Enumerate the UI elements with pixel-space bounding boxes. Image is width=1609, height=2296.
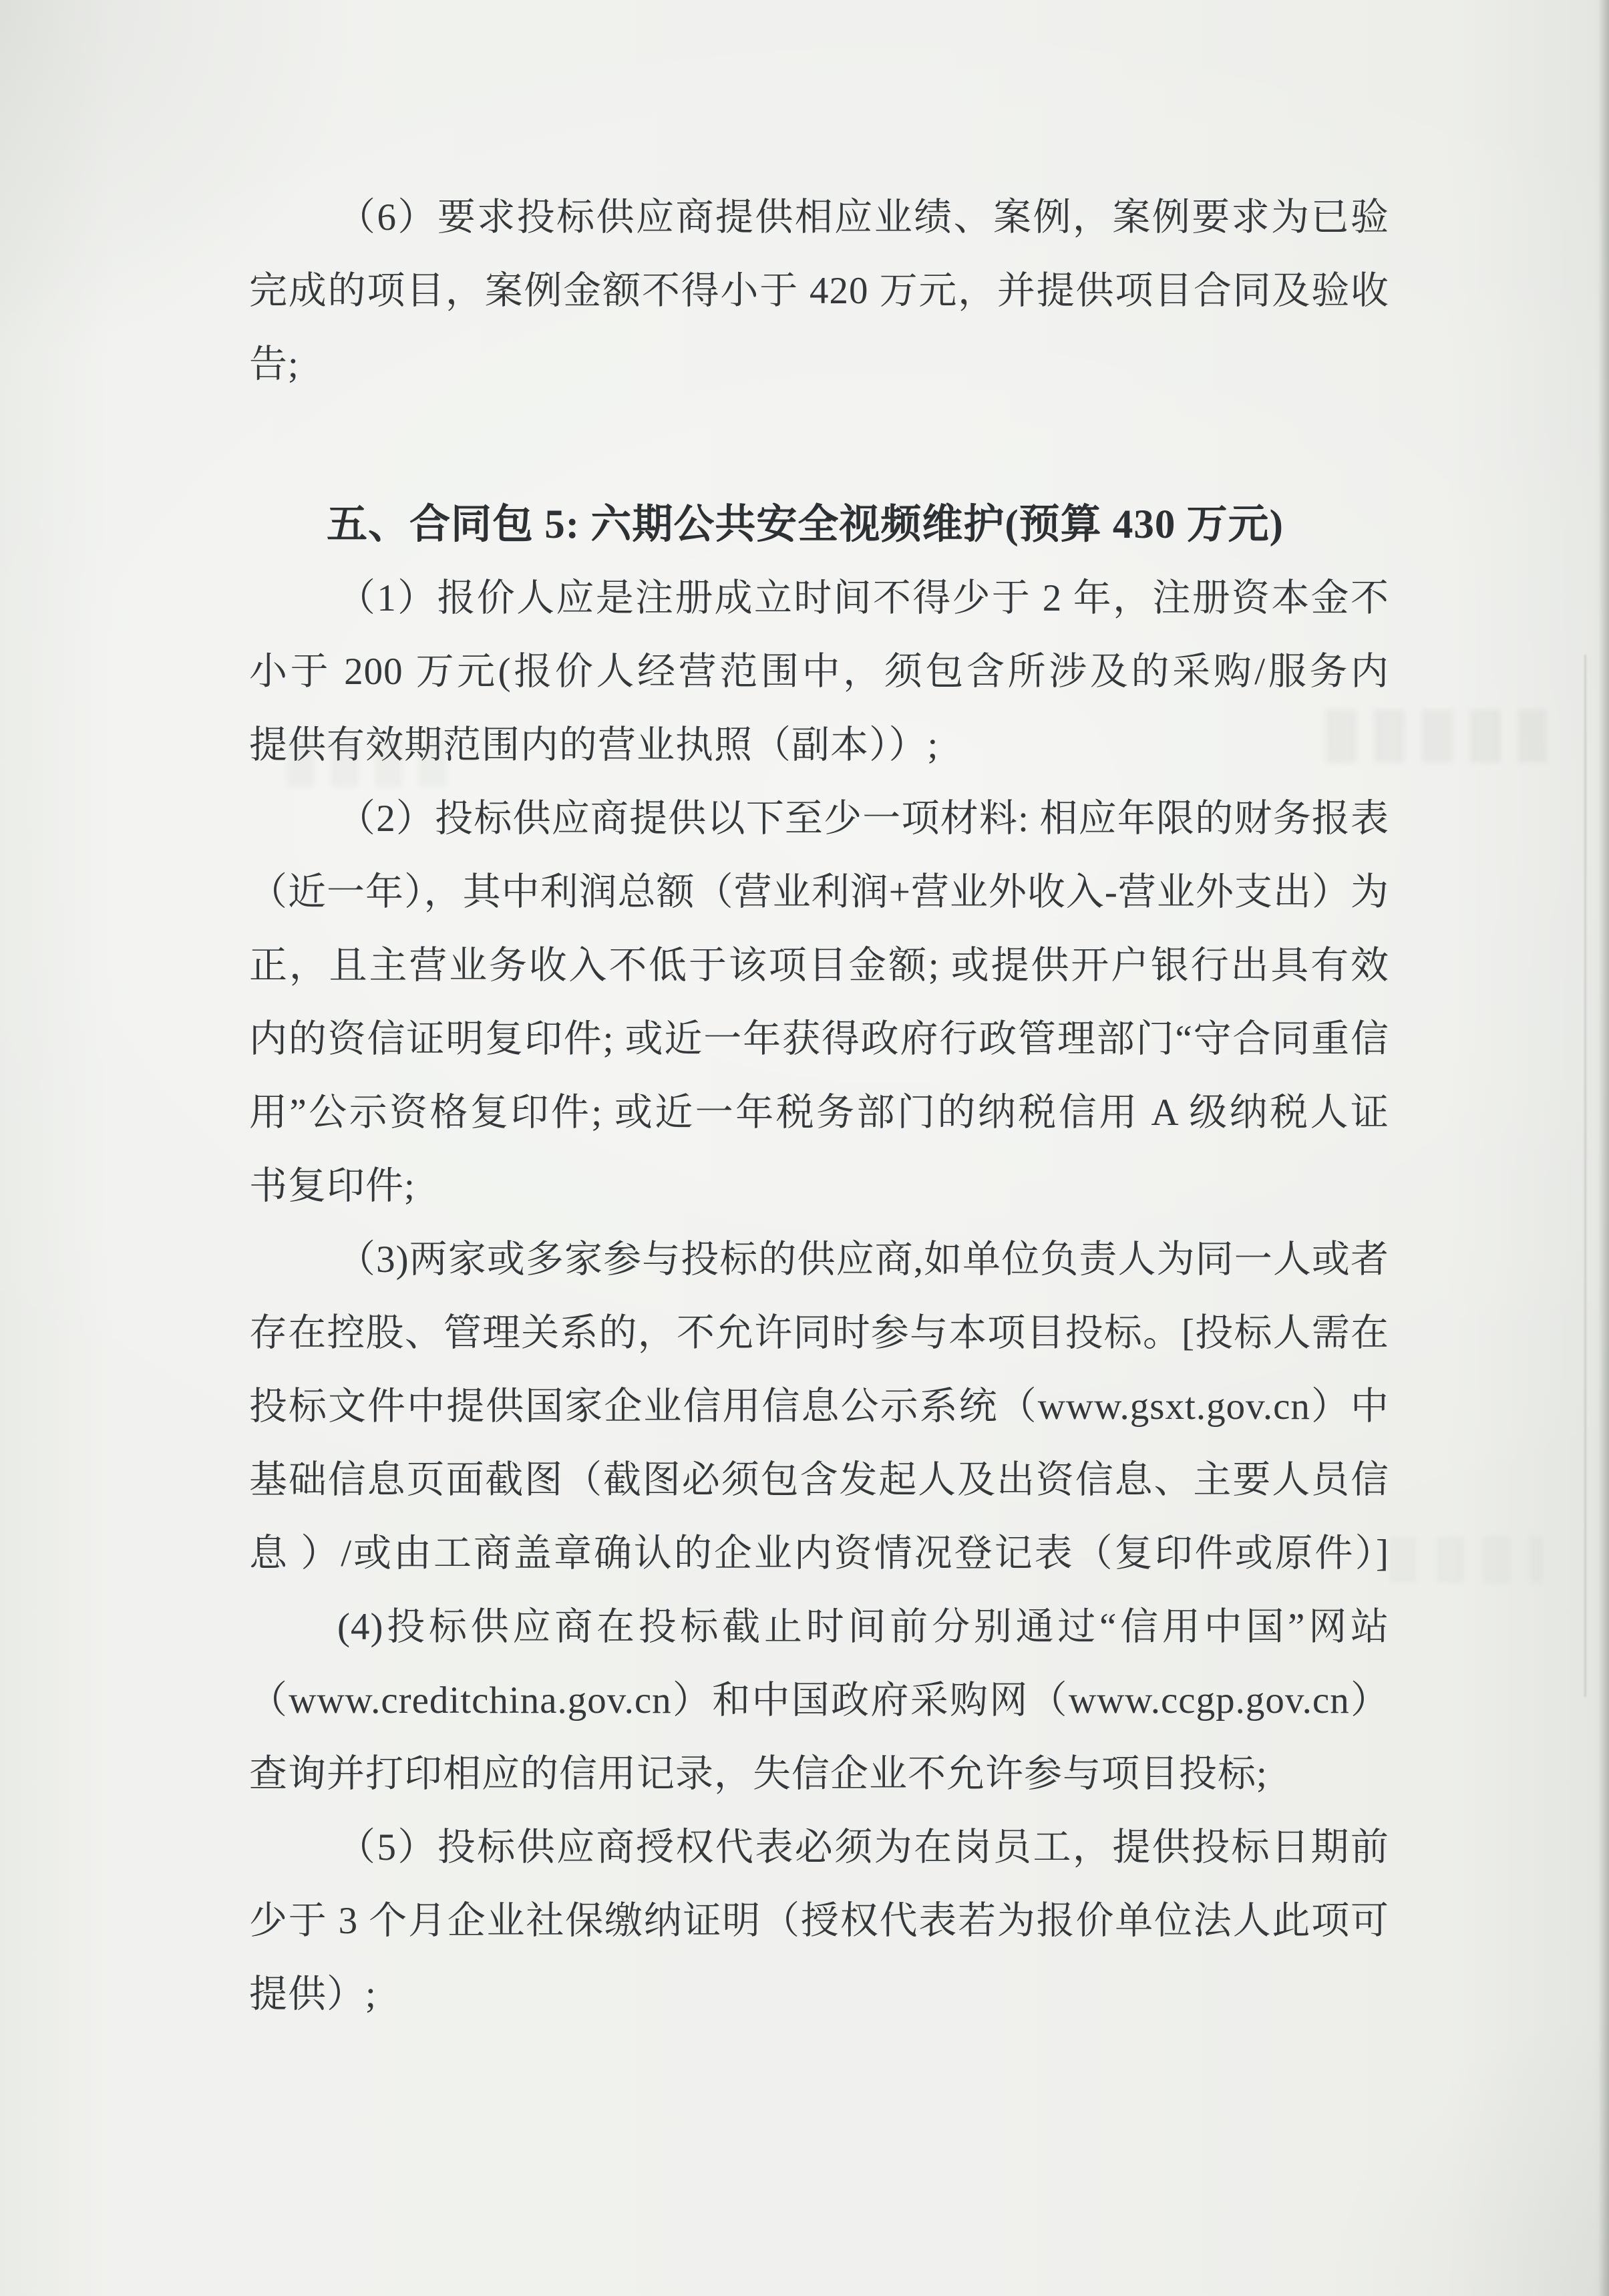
clause-5: （5）投标供应商授权代表必须为在岗员工，提供投标日期前不 少于 3 个月企业社保… xyxy=(249,1811,1389,2031)
clause-6: （6）要求投标供应商提供相应业绩、案例，案例要求为已验收 完成的项目，案例金额不… xyxy=(249,181,1389,401)
page-edge-shadow xyxy=(1598,0,1609,2296)
text-line: 少于 3 个月企业社保缴纳证明（授权代表若为报价单位法人此项可不 xyxy=(249,1884,1389,1958)
text-line: (4)投标供应商在投标截止时间前分别通过“信用中国”网站 xyxy=(249,1591,1389,1664)
scanned-document-page: （6）要求投标供应商提供相应业绩、案例，案例要求为已验收 完成的项目，案例金额不… xyxy=(0,0,1609,2296)
text-line: 息 ）/或由工商盖章确认的企业内资情况登记表（复印件或原件）] xyxy=(249,1517,1389,1591)
text-line: 完成的项目，案例金额不得小于 420 万元，并提供项目合同及验收报 xyxy=(249,255,1389,328)
text-line: 用”公示资格复印件; 或近一年税务部门的纳税信用 A 级纳税人证 xyxy=(249,1076,1389,1150)
clause-4: (4)投标供应商在投标截止时间前分别通过“信用中国”网站 （www.credit… xyxy=(249,1591,1389,1811)
text-line: （2）投标供应商提供以下至少一项材料: 相应年限的财务报表 xyxy=(249,782,1389,856)
scan-streak-artifact xyxy=(1584,655,1586,1697)
clause-3: （3)两家或多家参与投标的供应商,如单位负责人为同一人或者 存在控股、管理关系的… xyxy=(249,1223,1389,1591)
text-line: （6）要求投标供应商提供相应业绩、案例，案例要求为已验收 xyxy=(249,181,1389,255)
text-line: 小于 200 万元(报价人经营范围中，须包含所涉及的采购/服务内容， xyxy=(249,635,1389,709)
text-line: 告; xyxy=(249,328,1389,401)
text-line: 提供）; xyxy=(249,1958,1389,2031)
text-line: 投标文件中提供国家企业信用信息公示系统（www.gsxt.gov.cn）中 xyxy=(249,1370,1389,1444)
text-line: 存在控股、管理关系的，不允许同时参与本项目投标。[投标人需在 xyxy=(249,1297,1389,1370)
section-heading: 五、合同包 5: 六期公共安全视频维护(预算 430 万元) xyxy=(249,488,1389,562)
text-line: 书复印件; xyxy=(249,1150,1389,1223)
text-line: （1）报价人应是注册成立时间不得少于 2 年，注册资本金不得 xyxy=(249,562,1389,635)
document-text: （6）要求投标供应商提供相应业绩、案例，案例要求为已验收 完成的项目，案例金额不… xyxy=(249,181,1389,2031)
text-line: 内的资信证明复印件; 或近一年获得政府行政管理部门“守合同重信 xyxy=(249,1003,1389,1076)
text-line: 查询并打印相应的信用记录，失信企业不允许参与项目投标; xyxy=(249,1738,1389,1811)
text-line: （3)两家或多家参与投标的供应商,如单位负责人为同一人或者 xyxy=(249,1223,1389,1297)
clause-1: （1）报价人应是注册成立时间不得少于 2 年，注册资本金不得 小于 200 万元… xyxy=(249,562,1389,782)
text-line: 正，且主营业务收入不低于该项目金额; 或提供开户银行出具有效期 xyxy=(249,929,1389,1003)
text-line: （近一年），其中利润总额（营业利润+营业外收入-营业外支出）为 xyxy=(249,856,1389,929)
clause-2: （2）投标供应商提供以下至少一项材料: 相应年限的财务报表 （近一年），其中利润… xyxy=(249,782,1389,1223)
text-line: （www.creditchina.gov.cn）和中国政府采购网（www.ccg… xyxy=(249,1664,1389,1738)
text-line: 提供有效期范围内的营业执照（副本））; xyxy=(249,709,1389,782)
text-line: （5）投标供应商授权代表必须为在岗员工，提供投标日期前不 xyxy=(249,1811,1389,1884)
ink-bleed-artifact xyxy=(1389,1536,1543,1583)
text-line: 基础信息页面截图（截图必须包含发起人及出资信息、主要人员信 xyxy=(249,1444,1389,1517)
